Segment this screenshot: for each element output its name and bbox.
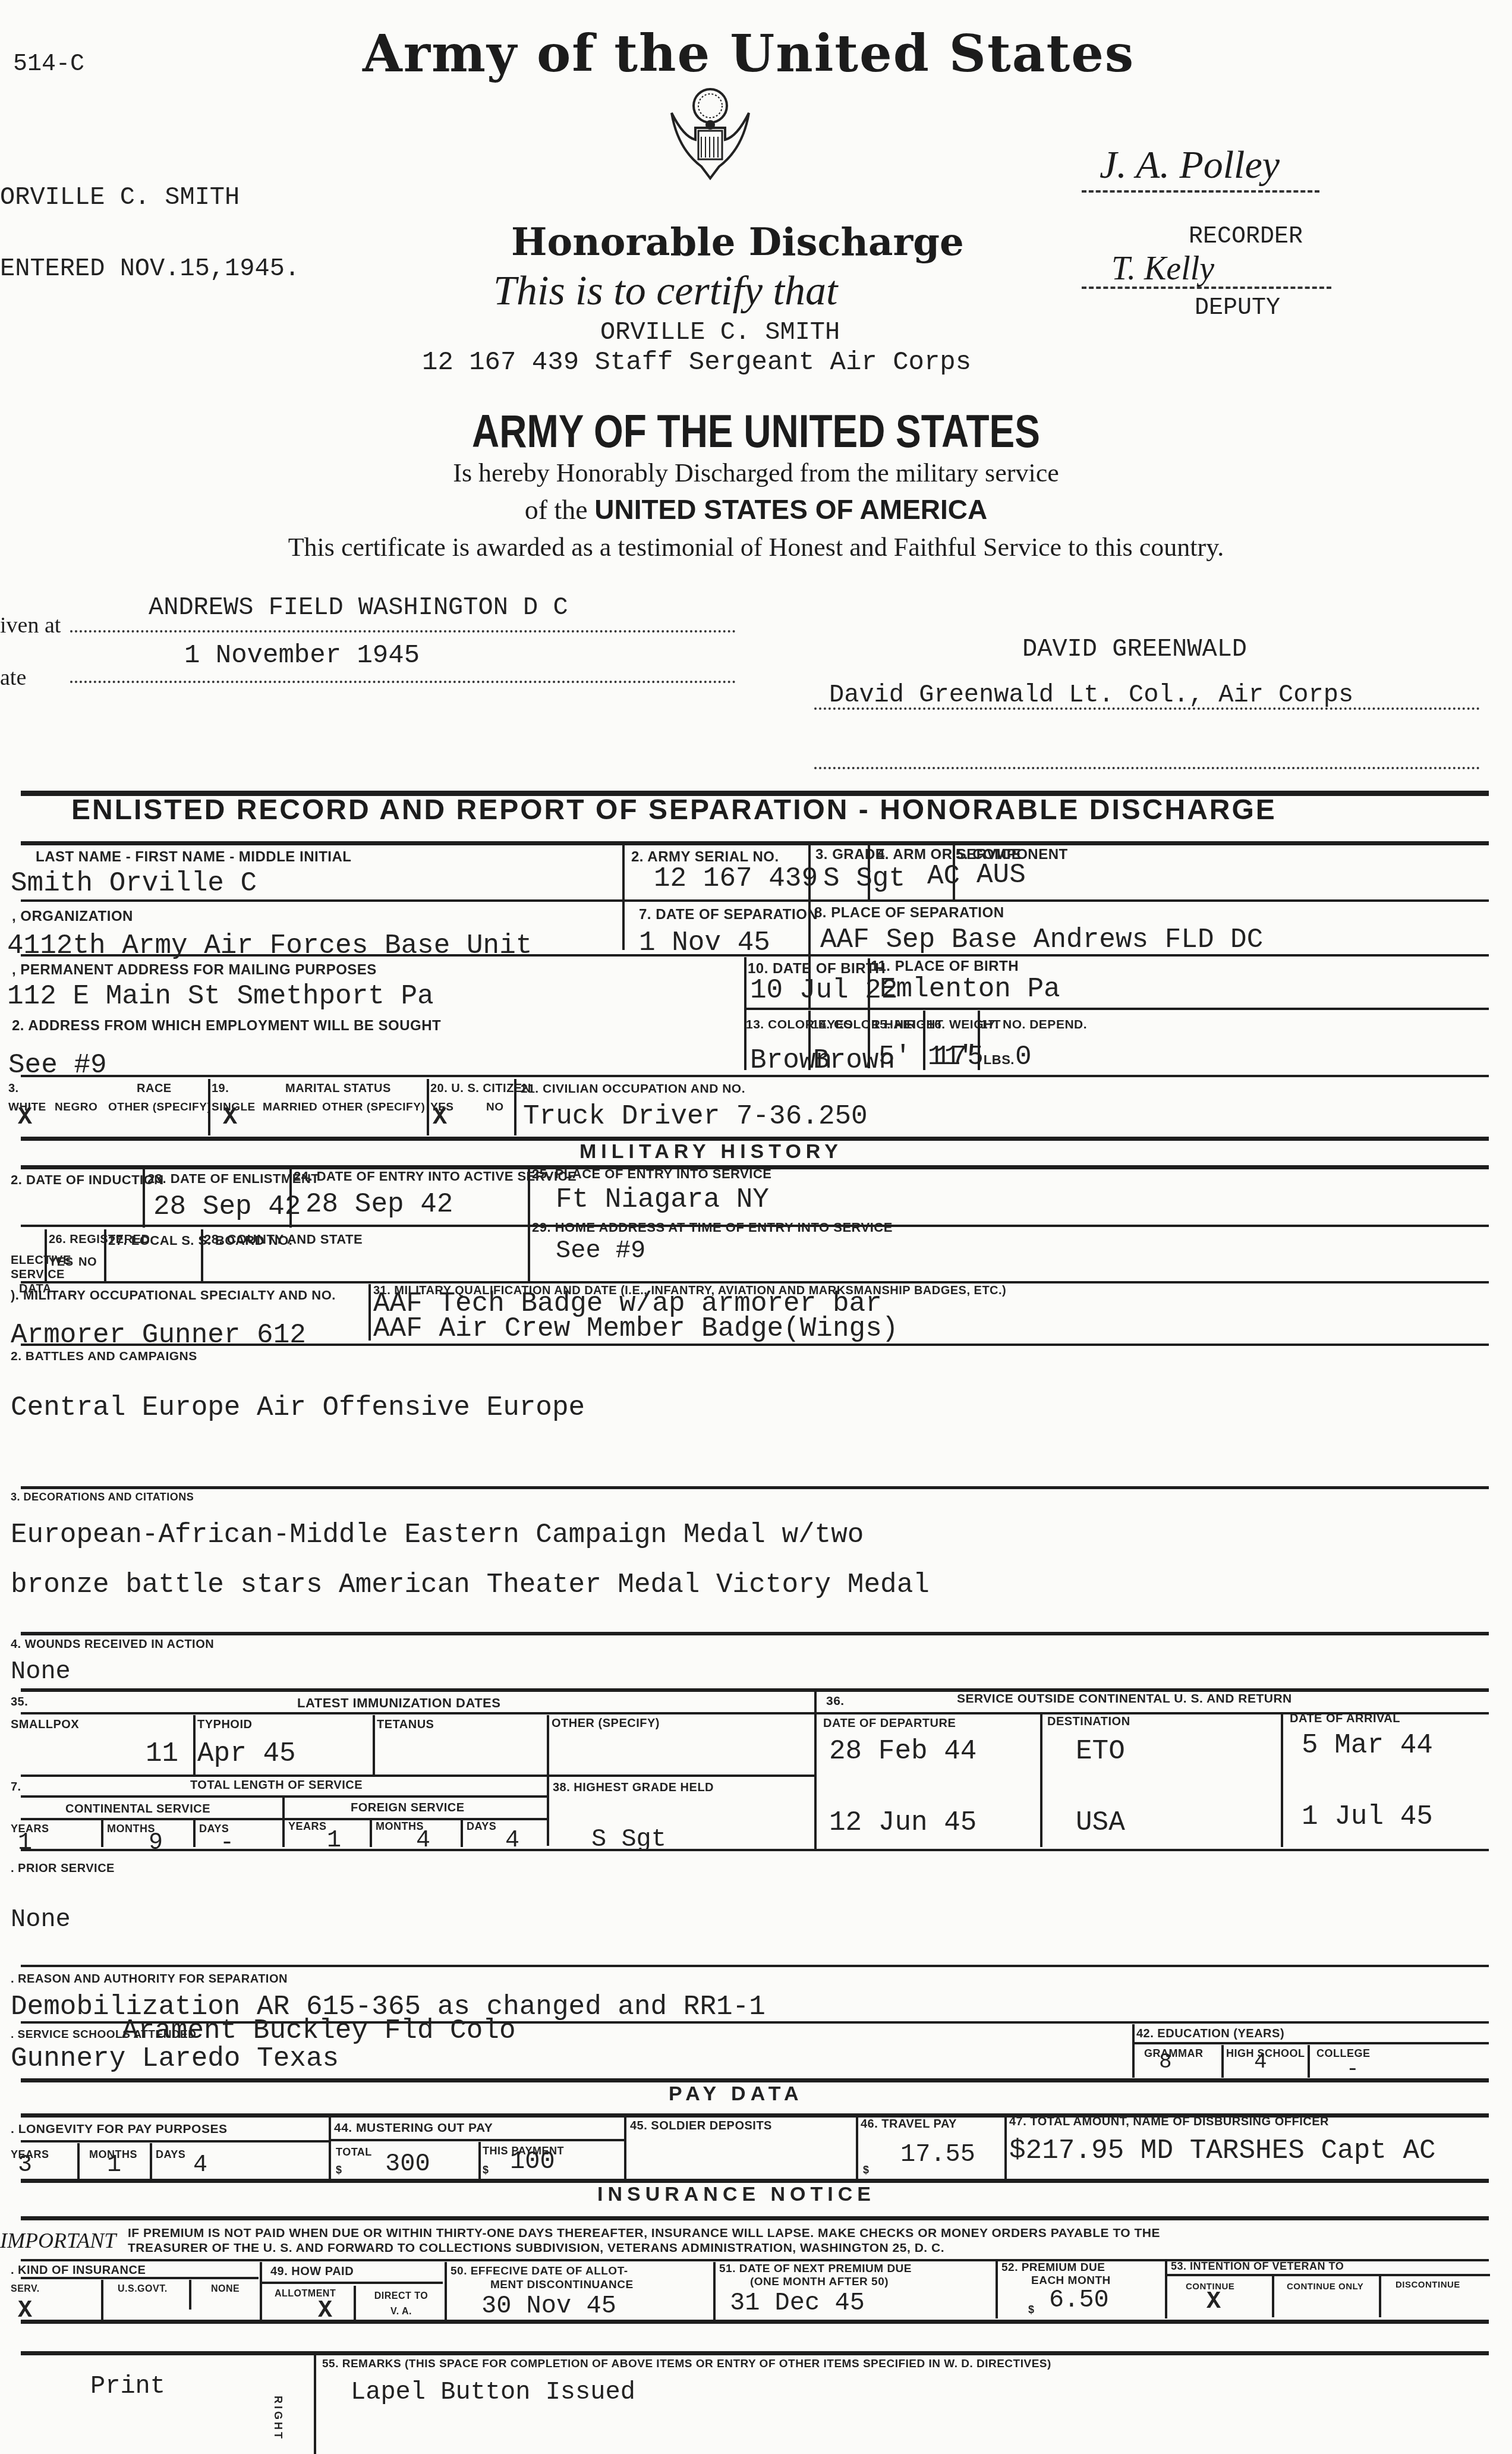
divider <box>1132 2042 1489 2044</box>
intention-continue-only-option[interactable]: CONTINUE ONLY <box>1287 2282 1363 2292</box>
field-39-value: None <box>11 1905 71 1934</box>
certify-line: This is to certify that <box>493 268 837 315</box>
divider <box>45 1229 47 1283</box>
field-30-value: Armorer Gunner 612 <box>11 1320 306 1351</box>
divider <box>201 1229 203 1283</box>
divider <box>996 2259 998 2318</box>
honorable-discharge-title: Honorable Discharge <box>511 220 964 265</box>
divider <box>370 1820 372 1847</box>
length-of-service-title: TOTAL LENGTH OF SERVICE <box>190 1779 363 1792</box>
intention-continue-check[interactable]: X <box>1207 2289 1221 2315</box>
date-value: 1 November 1945 <box>184 641 420 671</box>
insurance-notice-title: INSURANCE NOTICE <box>597 2183 875 2206</box>
insurance-usgovt-option[interactable]: U.S.GOVT. <box>118 2284 168 2295</box>
field-31-value: AAF Tech Badge w/ap armorer bar AAF Air … <box>373 1291 898 1341</box>
field-39-label: . PRIOR SERVICE <box>11 1862 115 1876</box>
field-12-label: 2. ADDRESS FROM WHICH EMPLOYMENT WILL BE… <box>12 1018 441 1034</box>
divider <box>856 2116 858 2179</box>
registered-no[interactable]: NO <box>78 1256 97 1269</box>
divider <box>193 1820 196 1847</box>
divider <box>808 1011 811 1070</box>
field-52-label-line1: 52. PREMIUM DUE <box>1001 2261 1105 2274</box>
insurance-none-option[interactable]: NONE <box>211 2284 240 2295</box>
divider <box>314 2354 316 2454</box>
race-negro[interactable]: NEGRO <box>55 1101 97 1114</box>
paid-direct-va-option[interactable]: DIRECT TO V. A. <box>371 2289 431 2320</box>
right-side-label: RIGHT <box>272 2396 284 2441</box>
divider <box>21 1712 814 1714</box>
field-5-value: AUS <box>976 860 1026 891</box>
field-25-label: 25. PLACE OF ENTRY INTO SERVICE <box>532 1166 771 1182</box>
field-51-label-line2: (ONE MONTH AFTER 50) <box>750 2276 889 2289</box>
immunization-title: LATEST IMMUNIZATION DATES <box>297 1695 500 1711</box>
divider <box>868 844 870 901</box>
officer-typed-name: DAVID GREENWALD <box>1022 635 1247 663</box>
departure-row1: 28 Feb 44 <box>829 1736 976 1767</box>
soldier-deposits-label: 45. SOLDIER DEPOSITS <box>630 2119 772 2133</box>
recipient-name: ORVILLE C. SMITH <box>600 318 840 347</box>
kind-of-insurance-label: . KIND OF INSURANCE <box>11 2264 146 2277</box>
service-outside-num: 36. <box>826 1694 845 1709</box>
divider <box>514 1079 516 1135</box>
blank-signature-line <box>814 767 1480 769</box>
field-30-label: ). MILITARY OCCUPATIONAL SPECIALTY AND N… <box>11 1288 336 1303</box>
field-3-label: 3. GRADE <box>815 847 885 863</box>
marital-num: 19. <box>212 1082 229 1096</box>
divider <box>21 1344 1489 1346</box>
smallpox-value: 11 <box>146 1738 178 1769</box>
mustering-total-label: TOTAL <box>336 2146 372 2159</box>
registered-yes[interactable]: YES <box>49 1256 74 1269</box>
divider <box>21 2179 1489 2183</box>
field-3-value: S Sgt <box>823 863 905 894</box>
field-23-value: 28 Sep 42 <box>153 1191 301 1222</box>
typhoid-value: Apr 45 <box>197 1738 296 1769</box>
insurance-notice-line1: IF PREMIUM IS NOT PAID WHEN DUE OR WITHI… <box>128 2226 1160 2241</box>
field-6-label: , ORGANIZATION <box>12 908 133 925</box>
remarks-label: 55. REMARKS (THIS SPACE FOR COMPLETION O… <box>322 2358 1051 2371</box>
date-label: ate <box>0 665 26 691</box>
field-9-value: 112 E Main St Smethport Pa <box>7 981 434 1012</box>
destination-row1: ETO <box>1076 1736 1125 1767</box>
discharge-line-1: Is hereby Honorably Discharged from the … <box>0 458 1512 488</box>
divider <box>1272 2276 1274 2317</box>
deputy-label: DEPUTY <box>1195 295 1280 322</box>
grammar-value: 8 <box>1159 2050 1172 2074</box>
divider <box>329 2116 331 2181</box>
field-16-value: 175LBS. <box>934 1042 1015 1072</box>
insurance-notice-line2: TREASURER OF THE U. S. AND FORWARD TO CO… <box>128 2241 944 2255</box>
deputy-signature: T. Kelly <box>1111 250 1214 288</box>
education-label: 42. EDUCATION (YEARS) <box>1136 2027 1284 2041</box>
divider <box>624 2116 626 2179</box>
deputy-line <box>1082 287 1331 289</box>
insurance-serv-option[interactable]: SERV. <box>11 2284 40 2295</box>
field-51-label-line1: 51. DATE OF NEXT PREMIUM DUE <box>719 2263 912 2276</box>
field-50-value: 30 Nov 45 <box>481 2292 616 2320</box>
mustering-this-payment-value: 100 <box>510 2147 555 2176</box>
longevity-label: . LONGEVITY FOR PAY PURPOSES <box>11 2122 227 2137</box>
how-paid-label: 49. HOW PAID <box>270 2265 354 2279</box>
divider <box>289 1168 292 1228</box>
field-38-label: 38. HIGHEST GRADE HELD <box>553 1781 714 1795</box>
discharge-line-2: of the UNITED STATES OF AMERICA <box>0 493 1512 526</box>
divider <box>547 1715 549 1846</box>
divider <box>1166 2274 1490 2276</box>
divider <box>21 1075 1489 1077</box>
divider <box>21 2277 259 2279</box>
field-32-label: 2. BATTLES AND CAMPAIGNS <box>11 1349 197 1364</box>
field-51-value: 31 Dec 45 <box>730 2289 865 2317</box>
travel-pay-label: 46. TRAVEL PAY <box>861 2118 957 2131</box>
divider <box>1132 2024 1135 2078</box>
officer-signature-line: David Greenwald Lt. Col., Air Corps <box>829 681 1353 709</box>
divider <box>923 1011 925 1070</box>
divider <box>77 2143 80 2179</box>
certificate-title: Army of the United States <box>363 24 1135 84</box>
divider <box>478 2142 481 2179</box>
divider <box>1221 2045 1224 2078</box>
remarks-value: Lapel Button Issued <box>351 2378 635 2406</box>
cont-months-value: 9 <box>149 1830 163 1857</box>
college-value: - <box>1346 2057 1359 2081</box>
divider <box>21 1281 1489 1283</box>
longevity-years-value: 3 <box>18 2152 32 2179</box>
currency-symbol: $ <box>483 2164 489 2176</box>
destination-header: DESTINATION <box>1047 1715 1130 1729</box>
race-white-check[interactable]: X <box>18 1105 32 1131</box>
entered-date: ENTERED NOV.15,1945. <box>0 254 300 283</box>
field-29-value: See #9 <box>556 1237 645 1265</box>
foreign-days-header: DAYS <box>467 1820 496 1833</box>
field-21-value: Truck Driver 7-36.250 <box>523 1101 868 1132</box>
divider <box>21 2140 330 2142</box>
field-21-label: 21. CIVILIAN OCCUPATION AND NO. <box>521 1082 745 1096</box>
cont-years-value: 1 <box>18 1830 32 1857</box>
field-29-label: 29. HOME ADDRESS AT TIME OF ENTRY INTO S… <box>532 1220 893 1235</box>
divider <box>368 1284 371 1341</box>
field-9-label: , PERMANENT ADDRESS FOR MAILING PURPOSES <box>12 962 377 979</box>
recipient-serial-rank: 12 167 439 Staff Sergeant Air Corps <box>422 348 971 377</box>
given-at-label: iven at <box>0 612 61 638</box>
date-line <box>70 681 736 683</box>
divider <box>744 1008 1489 1010</box>
field-33-value: European-African-Middle Eastern Campaign… <box>11 1510 930 1610</box>
given-at-value: ANDREWS FIELD WASHINGTON D C <box>149 593 568 622</box>
total-amount-value: $217.95 MD TARSHES Capt AC <box>1009 2135 1436 2166</box>
eagle-emblem-icon <box>660 83 761 184</box>
divider <box>1004 2116 1007 2179</box>
divider <box>953 844 955 901</box>
longevity-days-header: DAYS <box>156 2148 185 2161</box>
longevity-days-value: 4 <box>193 2152 207 2179</box>
marital-single-check[interactable]: X <box>223 1105 237 1131</box>
divider <box>622 844 625 950</box>
divider <box>21 841 1489 845</box>
length-num: 7. <box>11 1780 21 1794</box>
divider <box>189 2280 191 2310</box>
field-8-value: AAF Sep Base Andrews FLD DC <box>820 924 1263 955</box>
officer-line <box>814 707 1480 710</box>
divider <box>713 2262 716 2321</box>
service-outside-title: SERVICE OUTSIDE CONTINENTAL U. S. AND RE… <box>957 1692 1292 1706</box>
field-28-label: 28. COUNTY AND STATE <box>204 1232 363 1247</box>
field-17-value: 0 <box>1015 1042 1032 1072</box>
recorder-line <box>1082 190 1319 193</box>
departure-row2: 12 Jun 45 <box>829 1807 976 1838</box>
currency-symbol: $ <box>1028 2304 1035 2316</box>
arrival-row1: 5 Mar 44 <box>1302 1730 1433 1761</box>
divider <box>1281 1713 1283 1847</box>
divider <box>150 2143 152 2179</box>
cont-days-value: - <box>220 1830 234 1857</box>
divider <box>330 2139 624 2141</box>
divider <box>1379 2276 1381 2317</box>
immunization-num: 35. <box>11 1695 28 1709</box>
field-34-value: None <box>11 1657 71 1686</box>
divider <box>21 1632 1489 1635</box>
marital-other[interactable]: OTHER (SPECIFY) <box>322 1101 425 1114</box>
divider <box>282 1797 285 1847</box>
divider <box>21 2216 1489 2220</box>
divider <box>21 2351 1489 2355</box>
citizen-yes-check[interactable]: X <box>433 1105 447 1131</box>
college-header: COLLEGE <box>1316 2047 1371 2060</box>
citizen-no[interactable]: NO <box>486 1101 504 1114</box>
intention-discontinue-option[interactable]: DISCONTINUE <box>1396 2280 1460 2290</box>
record-title: ENLISTED RECORD AND REPORT OF SEPARATION… <box>71 794 1277 826</box>
field-50-label-line2: MENT DISCONTINUANCE <box>490 2279 634 2292</box>
divider <box>260 2262 262 2321</box>
race-num: 3. <box>8 1082 19 1096</box>
field-8-label: 8. PLACE OF SEPARATION <box>814 905 1004 921</box>
divider <box>461 1820 463 1847</box>
pay-data-title: PAY DATA <box>669 2082 803 2106</box>
divider <box>1165 2259 1167 2318</box>
field-11-value: Emlenton Pa <box>880 974 1060 1005</box>
field-53-label: 53. INTENTION OF VETERAN TO <box>1171 2260 1344 2273</box>
total-amount-label: 47. TOTAL AMOUNT, NAME OF DISBURSING OFF… <box>1009 2115 1329 2129</box>
continental-service-label: CONTINENTAL SERVICE <box>65 1802 210 1816</box>
field-50-label-line1: 50. EFFECIVE DATE OF ALLOT- <box>451 2265 628 2278</box>
field-22-label: 2. DATE OF INDUCTION <box>11 1172 164 1188</box>
race-other[interactable]: OTHER (SPECIFY) <box>108 1101 211 1114</box>
form-number: 514-C <box>13 51 84 78</box>
longevity-months-value: 1 <box>107 2152 121 2179</box>
divider <box>21 2320 1489 2324</box>
field-11-label: 11. PLACE OF BIRTH <box>871 958 1019 975</box>
foreign-service-label: FOREIGN SERVICE <box>351 1801 465 1815</box>
field-24-value: 28 Sep 42 <box>305 1189 453 1220</box>
divider <box>814 1691 817 1849</box>
given-at-line <box>70 630 736 633</box>
field-52-value: 6.50 <box>1049 2286 1109 2314</box>
grammar-header: GRAMMAR <box>1144 2047 1204 2060</box>
divider <box>427 1079 429 1135</box>
smallpox-header: SMALLPOX <box>11 1718 79 1732</box>
currency-symbol: $ <box>336 2164 342 2176</box>
divider <box>21 954 1489 957</box>
travel-pay-value: 17.55 <box>900 2140 975 2169</box>
divider <box>978 1011 980 1070</box>
field-17-label: 17. NO. DEPEND. <box>981 1018 1087 1032</box>
marital-married[interactable]: MARRIED <box>263 1101 317 1114</box>
field-2-value: 12 167 439 <box>654 863 818 894</box>
high-school-value: 4 <box>1254 2050 1267 2074</box>
divider <box>101 1820 103 1847</box>
divider <box>1308 2045 1310 2078</box>
tetanus-header: TETANUS <box>377 1718 434 1732</box>
cont-months-header: MONTHS <box>107 1823 155 1835</box>
field-1-label: LAST NAME - FIRST NAME - MIDDLE INITIAL <box>36 849 351 866</box>
field-33-label: 3. DECORATIONS AND CITATIONS <box>11 1491 194 1503</box>
race-label: RACE <box>137 1082 172 1096</box>
foreign-years-header: YEARS <box>288 1820 327 1833</box>
arrival-header: DATE OF ARRIVAL <box>1290 1712 1400 1726</box>
other-immunization-header: OTHER (SPECIFY) <box>552 1717 660 1731</box>
divider <box>143 1168 145 1228</box>
important-word: IMPORTANT <box>0 2228 116 2253</box>
field-7-label: 7. DATE OF SEPARATION <box>639 907 818 923</box>
recorder-label: RECORDER <box>1189 224 1303 250</box>
recorded-name: ORVILLE C. SMITH <box>0 183 240 212</box>
divider <box>208 1079 210 1135</box>
print-label: Print <box>90 2372 165 2400</box>
divider <box>21 1775 814 1777</box>
divider <box>21 2078 1489 2082</box>
field-6-value: 4112th Army Air Forces Base Unit <box>7 930 532 961</box>
field-10-value: 10 Jul 22 <box>750 975 897 1006</box>
currency-symbol: $ <box>863 2164 870 2176</box>
divider <box>193 1715 196 1775</box>
field-41-value-line1: Arament Buckley Fld Colo <box>122 2015 516 2046</box>
divider <box>354 2286 356 2321</box>
divider <box>21 899 1489 902</box>
divider <box>262 2282 443 2284</box>
destination-row2: USA <box>1076 1807 1125 1838</box>
army-big-title: ARMY OF THE UNITED STATES <box>136 404 1376 458</box>
field-32-value: Central Europe Air Offensive Europe <box>11 1392 585 1423</box>
field-1-value: Smith Orville C <box>11 868 257 899</box>
field-41-value-line2: Gunnery Laredo Texas <box>11 2043 339 2074</box>
divider <box>104 1229 106 1283</box>
recorder-signature: J. A. Polley <box>1100 143 1280 188</box>
divider <box>445 2262 447 2321</box>
typhoid-header: TYPHOID <box>197 1718 252 1732</box>
field-25-value: Ft Niagara NY <box>556 1184 769 1215</box>
departure-header: DATE OF DEPARTURE <box>823 1717 956 1731</box>
divider <box>21 1486 1489 1489</box>
divider <box>101 2280 103 2321</box>
marital-label: MARITAL STATUS <box>285 1082 391 1096</box>
testimonial-line: This certificate is awarded as a testimo… <box>0 532 1512 562</box>
military-history-title: MILITARY HISTORY <box>579 1140 843 1163</box>
divider <box>21 1965 1489 1967</box>
field-40-label: . REASON AND AUTHORITY FOR SEPARATION <box>11 1972 288 1986</box>
mustering-label: 44. MUSTERING OUT PAY <box>334 2121 493 2135</box>
divider <box>744 957 746 1070</box>
divider <box>1040 1713 1042 1847</box>
field-34-label: 4. WOUNDS RECEIVED IN ACTION <box>11 1638 214 1651</box>
arrival-row2: 1 Jul 45 <box>1302 1801 1433 1832</box>
divider <box>373 1715 375 1775</box>
divider <box>21 1849 1489 1851</box>
mustering-total-value: 300 <box>385 2150 430 2178</box>
